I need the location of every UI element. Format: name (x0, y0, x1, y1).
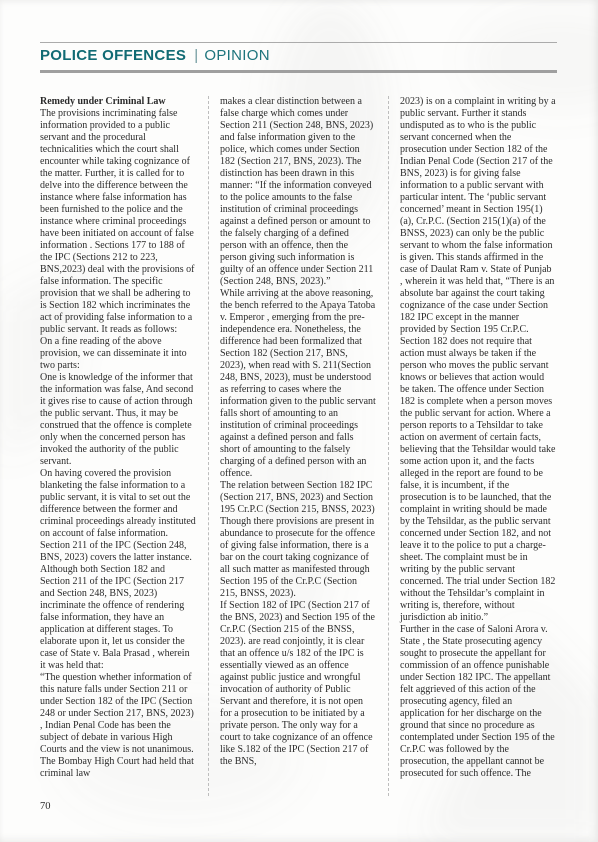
article-body: Remedy under Criminal LawThe provisions … (40, 96, 560, 796)
article-column-2: makes a clear distinction between a fals… (208, 96, 376, 796)
header-top-rule (40, 42, 557, 43)
paragraph: While arriving at the above reasoning, t… (220, 288, 376, 480)
paragraph: If Section 182 of IPC (Section 217 of th… (220, 600, 376, 768)
paragraph: Further in the case of Saloni Arora v. S… (400, 624, 556, 780)
paragraph: The relation between Section 182 IPC (Se… (220, 480, 376, 516)
section-label: OPINION (204, 47, 269, 64)
paragraph: On having covered the provision blanketi… (40, 468, 196, 564)
magazine-page: POLICE OFFENCES|OPINION Remedy under Cri… (0, 0, 598, 842)
article-column-1: Remedy under Criminal LawThe provisions … (40, 96, 196, 796)
paragraph: Although both Section 182 and Section 21… (40, 564, 196, 672)
article-column-3: 2023) is on a complaint in writing by a … (388, 96, 556, 796)
paragraph: One is knowledge of the informer that th… (40, 372, 196, 468)
paragraph: The provisions incriminating false infor… (40, 108, 196, 336)
page-number: 70 (40, 801, 51, 812)
page-title: POLICE OFFENCES (40, 47, 186, 64)
header-divider: | (194, 47, 198, 64)
paragraph-heading: Remedy under Criminal Law (40, 96, 196, 108)
page-header: POLICE OFFENCES|OPINION (40, 47, 557, 64)
paragraph: makes a clear distinction between a fals… (220, 96, 376, 288)
paragraph: “The question whether information of thi… (40, 672, 196, 780)
paragraph: On a fine reading of the above provision… (40, 336, 196, 372)
paragraph: Though there provisions are present in a… (220, 516, 376, 600)
paragraph: 2023) is on a complaint in writing by a … (400, 96, 556, 624)
header-bottom-rule (40, 70, 557, 73)
